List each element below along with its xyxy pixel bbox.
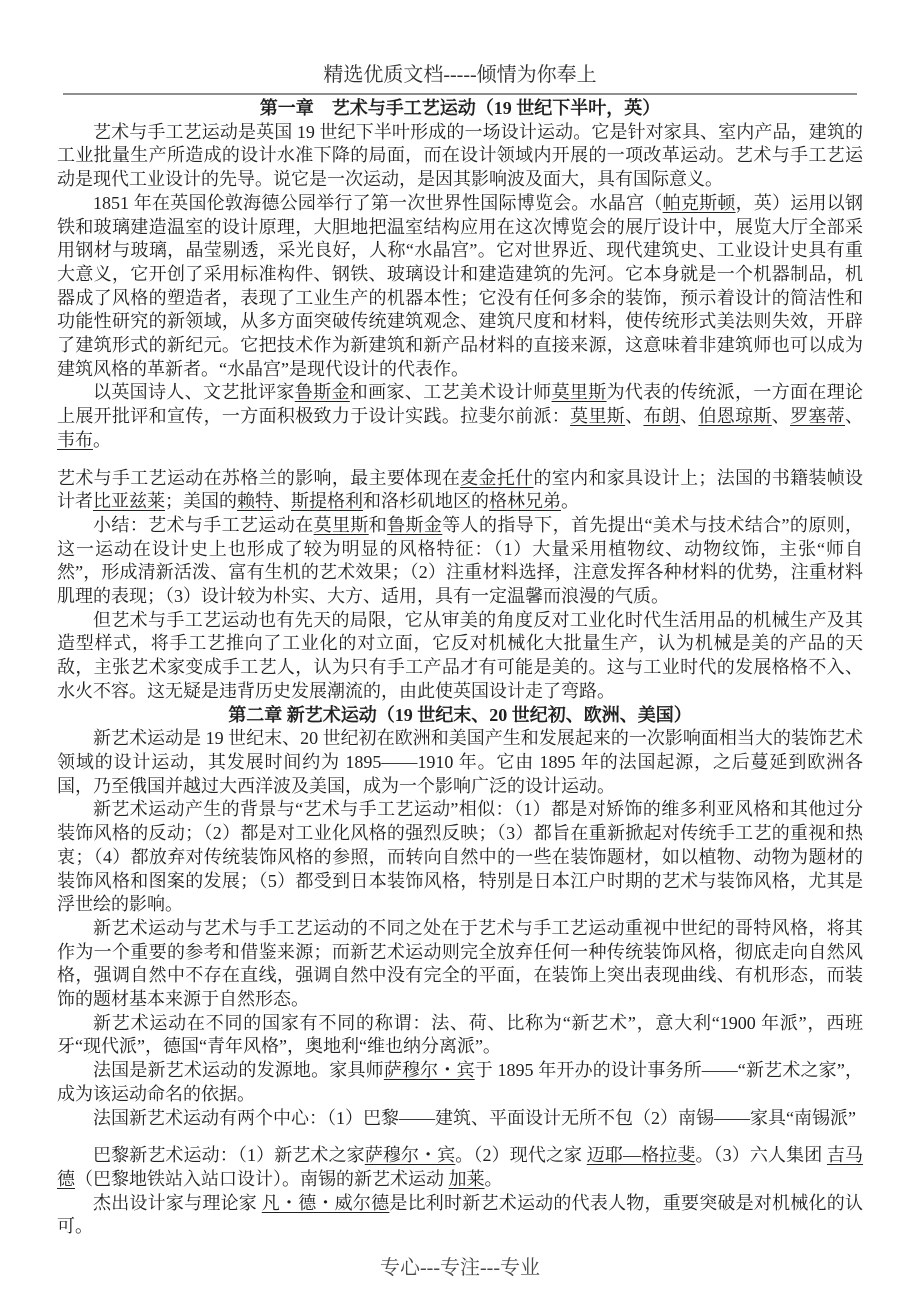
blank-line <box>57 453 863 467</box>
text-run: 小结：艺术与手工艺运动在 <box>93 515 314 535</box>
text-run: 巴黎新艺术运动：（1）新艺术之家 <box>93 1145 365 1165</box>
underlined-term: 麦金托什 <box>460 468 533 488</box>
underlined-term: 鲁斯金 <box>387 515 442 535</box>
text-run: （巴黎地铁站入站口设计）。南锡的新艺术运动 <box>75 1169 449 1189</box>
paragraph: 杰出设计家与理论家 凡・德・威尔德是比利时新艺术运动的代表人物，重要突破是对机械… <box>57 1192 863 1239</box>
paragraph: 以英国诗人、文艺批评家鲁斯金和画家、工艺美术设计师莫里斯为代表的传统派，一方面在… <box>57 381 863 452</box>
text-run: 、 <box>772 406 790 426</box>
text-run: 。 <box>485 1169 503 1189</box>
underlined-term: 格林兄弟 <box>489 491 561 511</box>
paragraph: 法国是新艺术运动的发源地。家具师萨穆尔・宾于 1895 年开办的设计事务所——“… <box>57 1059 863 1106</box>
text-run: 第一章 艺术与手工艺运动（19 世纪下半叶，英） <box>260 98 661 118</box>
underlined-term: 莫里斯 <box>570 406 625 426</box>
chapter-heading: 第二章 新艺术运动（19 世纪末、20 世纪初、欧洲、美国） <box>57 704 863 728</box>
paragraph: 1851 年在英国伦敦海德公园举行了第一次世界性国际博览会。水晶宫（帕克斯顿，英… <box>57 192 863 382</box>
underlined-term: 萨穆尔・宾 <box>365 1145 456 1165</box>
text-run: 新艺术运动与艺术与手工艺运动的不同之处在于艺术与手工艺运动重视中世纪的哥特风格，… <box>57 918 863 1009</box>
underlined-term: 鲁斯金 <box>295 382 350 402</box>
text-run: 、 <box>273 491 291 511</box>
document-page: 精选优质文档-----倾情为你奉上 第一章 艺术与手工艺运动（19 世纪下半叶，… <box>0 0 920 1280</box>
text-run: 新艺术运动在不同的国家有不同的称谓：法、荷、比称为“新艺术”，意大利“1900 … <box>57 1013 863 1057</box>
text-run: 法国新艺术运动有两个中心：（1）巴黎——建筑、平面设计无所不包（2）南锡——家具… <box>93 1108 856 1128</box>
underlined-term: 加莱 <box>449 1169 485 1189</box>
text-run: 新艺术运动产生的背景与“艺术与手工艺运动”相似：（1）都是对矫饰的维多利亚风格和… <box>57 799 863 914</box>
paragraph: 艺术与手工艺运动在苏格兰的影响，最主要体现在麦金托什的室内和家具设计上；法国的书… <box>57 467 863 514</box>
underlined-term: 斯提格利 <box>291 491 363 511</box>
underlined-term: 迈耶—格拉斐 <box>587 1145 696 1165</box>
text-run: 、 <box>845 406 863 426</box>
text-run: 艺术与手工艺运动是英国 19 世纪下半叶形成的一场设计运动。它是针对家具、室内产… <box>57 122 863 189</box>
chapter-heading: 第一章 艺术与手工艺运动（19 世纪下半叶，英） <box>57 97 863 121</box>
underlined-term: 韦布 <box>57 430 93 450</box>
paragraph: 新艺术运动产生的背景与“艺术与手工艺运动”相似：（1）都是对矫饰的维多利亚风格和… <box>57 798 863 917</box>
paragraph: 艺术与手工艺运动是英国 19 世纪下半叶形成的一场设计运动。它是针对家具、室内产… <box>57 121 863 192</box>
paragraph: 新艺术运动在不同的国家有不同的称谓：法、荷、比称为“新艺术”，意大利“1900 … <box>57 1012 863 1059</box>
underlined-term: 罗塞蒂 <box>790 406 845 426</box>
underlined-term: 凡・德・威尔德 <box>262 1193 390 1213</box>
text-run: 新艺术运动是 19 世纪末、20 世纪初在欧洲和美国产生和发展起来的一次影响面相… <box>57 728 863 795</box>
text-run: 法国是新艺术运动的发源地。家具师 <box>93 1060 384 1080</box>
paragraph: 新艺术运动是 19 世纪末、20 世纪初在欧洲和美国产生和发展起来的一次影响面相… <box>57 727 863 798</box>
text-run: ，英）运用以钢铁和玻璃建造温室的设计原理，大胆地把温室结构应用在这次博览会的展厅… <box>57 193 863 379</box>
text-run: 和 <box>369 515 387 535</box>
underlined-term: 帕克斯顿 <box>663 193 736 213</box>
paragraph: 法国新艺术运动有两个中心：（1）巴黎——建筑、平面设计无所不包（2）南锡——家具… <box>57 1107 863 1131</box>
underlined-term: 伯恩琼斯 <box>698 406 771 426</box>
text-run: 、 <box>625 406 643 426</box>
underlined-term: 莫里斯 <box>314 515 369 535</box>
page-header: 精选优质文档-----倾情为你奉上 <box>63 62 857 95</box>
underlined-term: 比亚兹莱 <box>93 491 165 511</box>
text-run: 。 <box>561 491 579 511</box>
underlined-term: 萨穆尔・宾 <box>384 1060 475 1080</box>
text-run: 第二章 新艺术运动（19 世纪末、20 世纪初、欧洲、美国） <box>228 705 692 725</box>
paragraph: 但艺术与手工艺运动也有先天的局限，它从审美的角度反对工业化时代生活用品的机械生产… <box>57 609 863 704</box>
text-run: 。 <box>93 430 111 450</box>
paragraph: 小结：艺术与手工艺运动在莫里斯和鲁斯金等人的指导下，首先提出“美术与技术结合”的… <box>57 514 863 609</box>
text-run: 和画家、工艺美术设计师 <box>350 382 552 402</box>
text-run: 以英国诗人、文艺批评家 <box>93 382 295 402</box>
text-run: ；美国的 <box>165 491 237 511</box>
text-run: 、 <box>680 406 698 426</box>
paragraph: 新艺术运动与艺术与手工艺运动的不同之处在于艺术与手工艺运动重视中世纪的哥特风格，… <box>57 917 863 1012</box>
page-footer: 专心---专注---专业 <box>57 1251 863 1280</box>
text-run: 但艺术与手工艺运动也有先天的局限，它从审美的角度反对工业化时代生活用品的机械生产… <box>57 610 863 701</box>
text-run: 。（3）六人集团 <box>695 1145 826 1165</box>
blank-line <box>57 1130 863 1144</box>
text-run: 。（2）现代之家 <box>455 1145 586 1165</box>
text-run: 和洛杉矶地区的 <box>363 491 489 511</box>
page-footer-text: 专心---专注---专业 <box>380 1257 540 1279</box>
underlined-term: 赖特 <box>237 491 273 511</box>
document-body: 第一章 艺术与手工艺运动（19 世纪下半叶，英）艺术与手工艺运动是英国 19 世… <box>57 97 863 1239</box>
text-run: 1851 年在英国伦敦海德公园举行了第一次世界性国际博览会。水晶宫（ <box>93 193 663 213</box>
text-run: 艺术与手工艺运动在苏格兰的影响，最主要体现在 <box>57 468 460 488</box>
page-header-text: 精选优质文档-----倾情为你奉上 <box>323 64 596 86</box>
paragraph: 巴黎新艺术运动：（1）新艺术之家萨穆尔・宾。（2）现代之家 迈耶—格拉斐。（3）… <box>57 1144 863 1191</box>
underlined-term: 布朗 <box>643 406 680 426</box>
text-run: 杰出设计家与理论家 <box>93 1193 262 1213</box>
underlined-term: 莫里斯 <box>552 382 607 402</box>
